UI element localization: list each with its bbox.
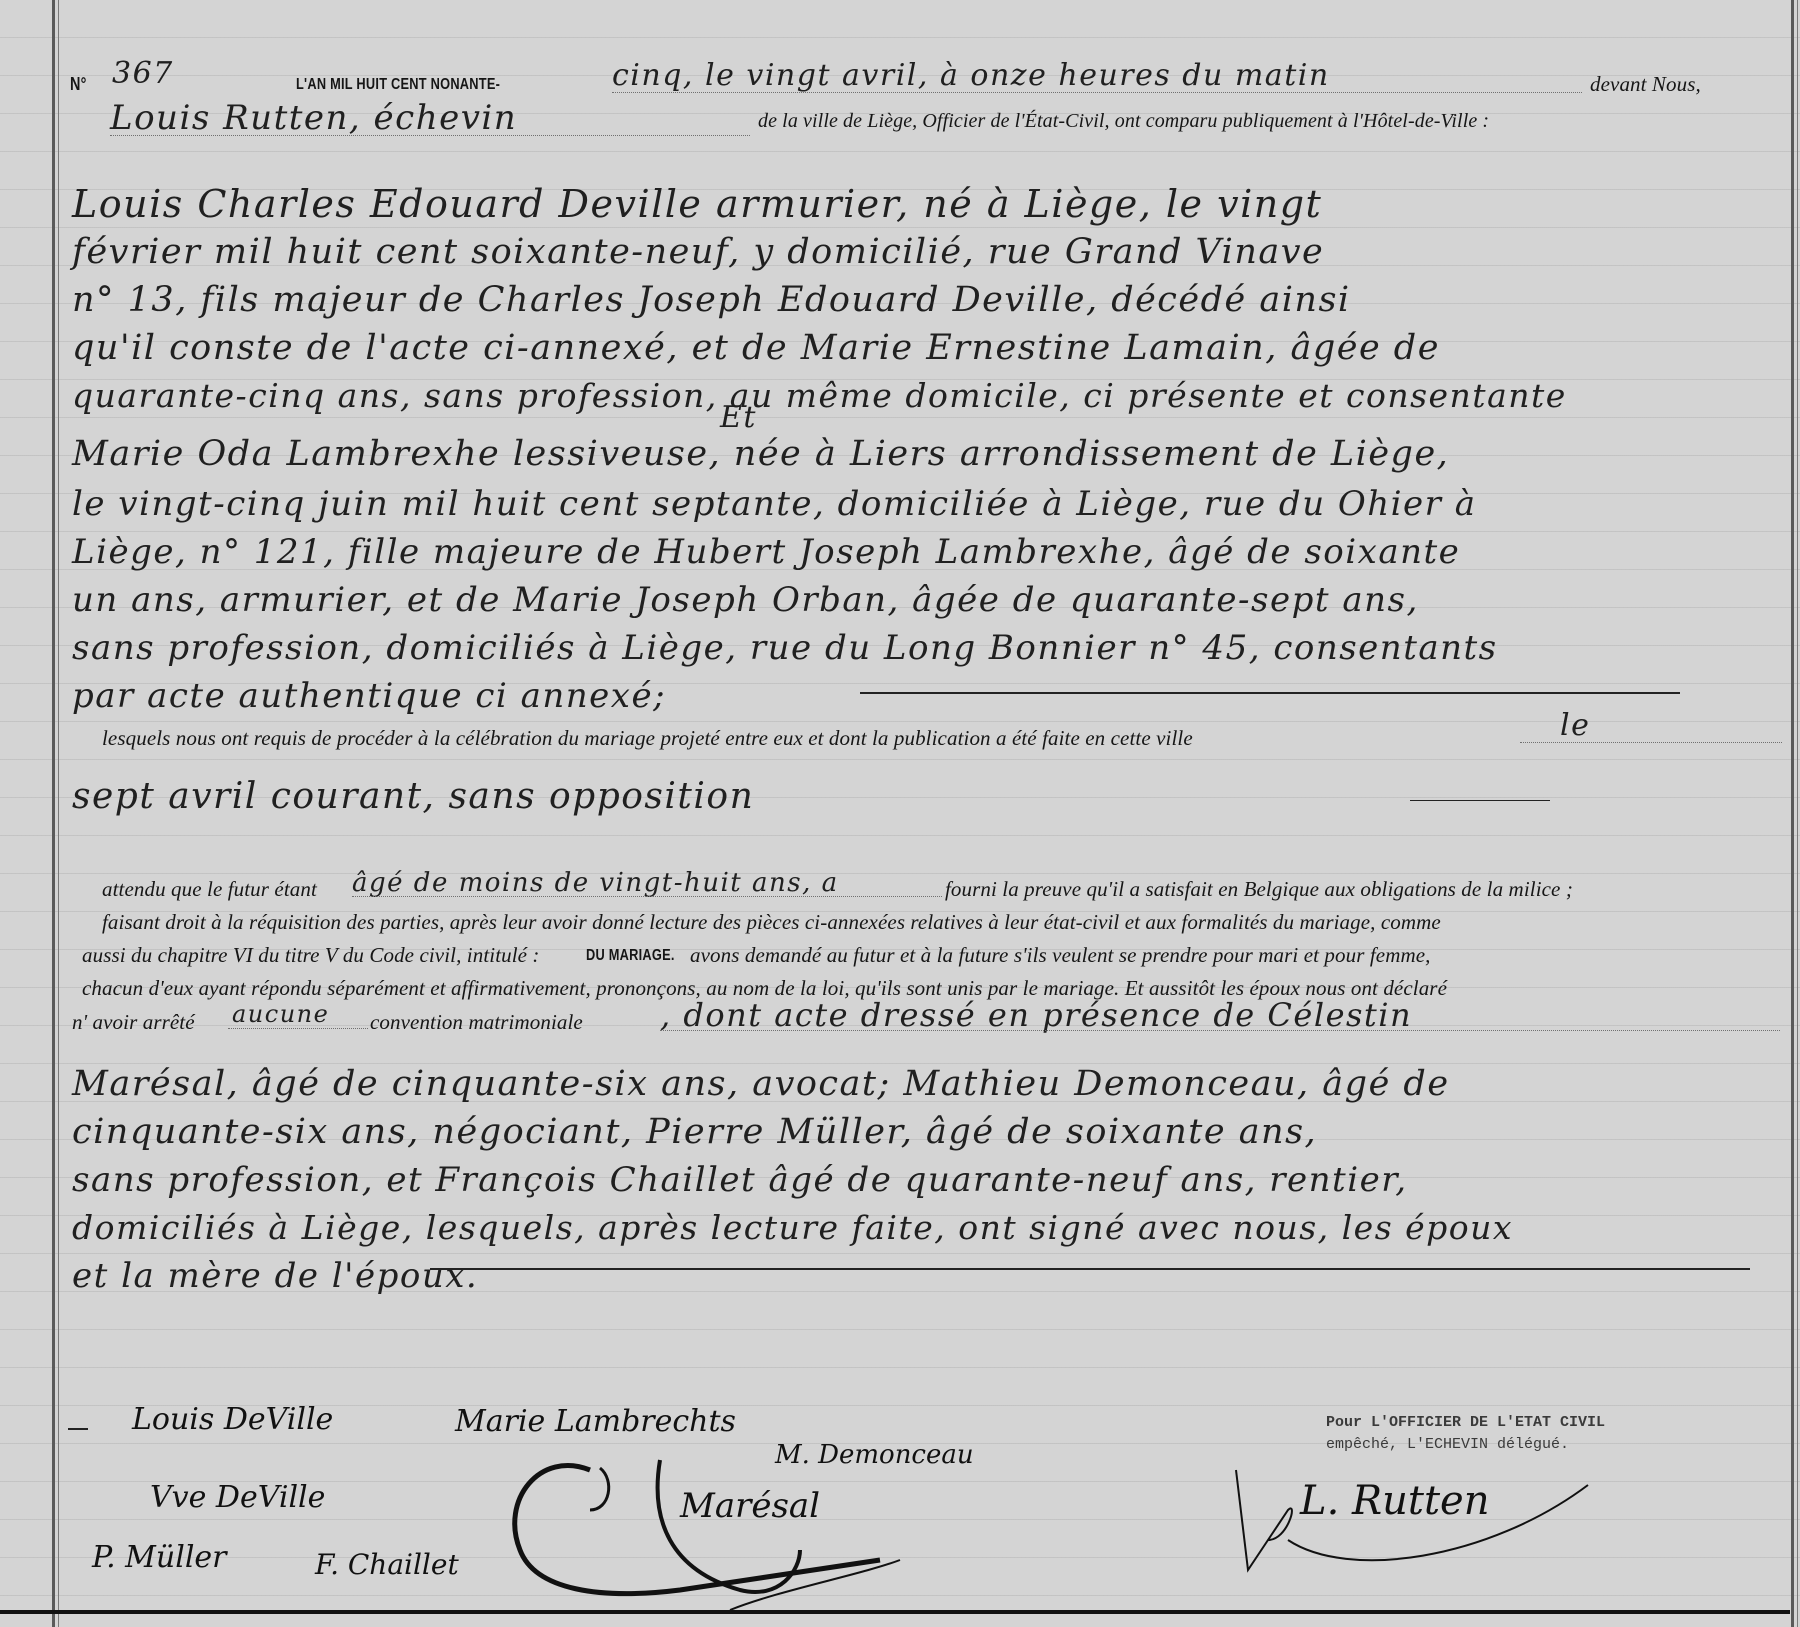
bride-line-4: un ans, armurier, et de Marie Joseph Orb… xyxy=(72,580,1419,620)
devant-nous-text: devant Nous, xyxy=(1590,72,1701,97)
officer-flourish-icon xyxy=(1228,1460,1648,1590)
stamp-line-2: empêché, L'ECHEVIN délégué. xyxy=(1326,1436,1569,1453)
witness-line-3: sans profession, et François Chaillet âg… xyxy=(72,1160,1408,1200)
left-margin-rule xyxy=(52,0,55,1627)
body-line3-a: aussi du chapitre VI du titre V du Code … xyxy=(82,943,540,968)
signature-bride: Marie Lambrechts xyxy=(455,1404,736,1439)
body-line5-fill-a xyxy=(228,1028,368,1029)
body-line5-fill-b xyxy=(660,1030,1780,1031)
officer-fill-line xyxy=(110,135,750,136)
publication-closing-dash xyxy=(1410,800,1550,801)
body-line5-printed-b: convention matrimoniale xyxy=(370,1010,583,1035)
maresal-flourish-icon xyxy=(480,1440,960,1620)
left-margin-rule-thin xyxy=(58,0,59,1627)
body-line5-hand-b: , dont acte dressé en présence de Célest… xyxy=(660,996,1412,1034)
groom-line-2: février mil huit cent soixante-neuf, y d… xyxy=(72,232,1324,272)
stamp-line-1: Pour L'OFFICIER DE L'ETAT CIVIL xyxy=(1326,1414,1605,1431)
act-number: 367 xyxy=(112,56,174,91)
bride-line-3: Liège, n° 121, fille majeure de Hubert J… xyxy=(72,532,1460,572)
signature-chaillet: F. Chaillet xyxy=(315,1548,459,1581)
groom-line-5: quarante-cinq ans, sans profession, au m… xyxy=(72,376,1567,415)
groom-line-1: Louis Charles Edouard Deville armurier, … xyxy=(72,182,1322,226)
conjunction-et: Et xyxy=(720,400,757,435)
body-line5-hand-a: aucune xyxy=(232,1000,329,1028)
groom-line-4: qu'il conste de l'acte ci-annexé, et de … xyxy=(72,328,1440,368)
bride-line-2: le vingt-cinq juin mil huit cent septant… xyxy=(72,484,1477,524)
publication-hand-le: le xyxy=(1560,708,1590,743)
register-page: N° 367 L'AN MIL HUIT CENT NONANTE- cinq,… xyxy=(0,0,1800,1627)
publication-printed: lesquels nous ont requis de procéder à l… xyxy=(102,726,1193,751)
body-line1-printed-b: fourni la preuve qu'il a satisfait en Be… xyxy=(945,877,1573,902)
preamble-printed: L'AN MIL HUIT CENT NONANTE- xyxy=(296,76,500,94)
body-line5-printed-a: n' avoir arrêté xyxy=(72,1010,195,1035)
signature-groom: Louis DeVille xyxy=(132,1402,333,1437)
body-line3-b: avons demandé au futur et à la future s'… xyxy=(690,943,1431,968)
publication-date-hand: sept avril courant, sans opposition xyxy=(72,776,754,817)
body-line1-printed-a: attendu que le futur étant xyxy=(102,877,317,902)
body-line1-hand: âgé de moins de vingt-huit ans, a xyxy=(352,868,839,898)
officer-handwritten: Louis Rutten, échevin xyxy=(110,98,517,138)
witness-line-4: domiciliés à Liège, lesquels, après lect… xyxy=(72,1208,1513,1247)
bride-line-6: par acte authentique ci annexé; xyxy=(72,676,666,716)
date-handwritten: cinq, le vingt avril, à onze heures du m… xyxy=(612,58,1330,93)
bride-line-1: Marie Oda Lambrexhe lessiveuse, née à Li… xyxy=(72,434,1449,474)
page-bottom-rule xyxy=(0,1610,1790,1614)
bride-line-5: sans profession, domiciliés à Liège, rue… xyxy=(72,628,1498,668)
signature-mother: Vve DeVille xyxy=(150,1480,325,1515)
date-fill-line xyxy=(612,92,1582,93)
body-line3-caps: DU MARIAGE. xyxy=(586,947,675,965)
witness-line-5: et la mère de l'époux. xyxy=(72,1256,478,1296)
witness-line-1: Marésal, âgé de cinquante-six ans, avoca… xyxy=(72,1064,1450,1104)
body-line1-fill xyxy=(352,896,942,897)
witness-line-2: cinquante-six ans, négociant, Pierre Mül… xyxy=(72,1112,1317,1152)
signature-muller: P. Müller xyxy=(92,1540,227,1575)
witness-closing-rule xyxy=(430,1268,1750,1270)
groom-line-3: n° 13, fils majeur de Charles Joseph Edo… xyxy=(72,280,1351,320)
right-margin-rule xyxy=(1791,0,1794,1627)
signature-lead-dash xyxy=(68,1428,88,1430)
publication-fill-line xyxy=(1520,742,1782,743)
act-number-label: N° xyxy=(70,74,87,95)
officer-printed-text: de la ville de Liège, Officier de l'État… xyxy=(758,110,1489,133)
bride-closing-rule xyxy=(860,692,1680,694)
right-margin-rule-thin xyxy=(1797,0,1798,1627)
body-line2: faisant droit à la réquisition des parti… xyxy=(102,910,1441,935)
